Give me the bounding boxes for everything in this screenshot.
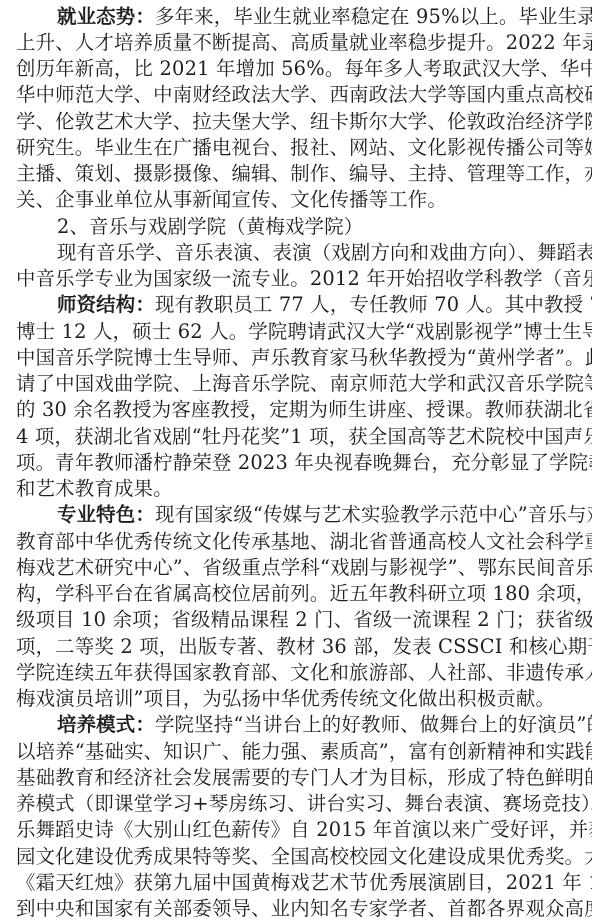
label-faculty: 师资结构： xyxy=(57,293,155,316)
paragraph-faculty-line-7: 项。青年教师潘柠静荣登 2023 年央视春晚舞台，充分彰显了学院教师专业实践能力 xyxy=(16,450,592,476)
section-heading-music-drama: 2、音乐与戏剧学院（黄梅戏学院） xyxy=(57,214,592,240)
paragraph-training-line-2: 以培养“基础实、知识广、能力强、素质高”，富有创新精神和实践能力，适应地方 xyxy=(16,739,592,765)
paragraph-features-line-8: 梅戏演员培训”项目，为弘扬中华优秀传统文化做出积极贡献。 xyxy=(16,686,592,712)
paragraph-faculty-line-5: 的 30 余名教授为客座教授，定期为师生讲座、授课。教师获湖北省音乐“金编钟奖” xyxy=(16,397,592,423)
paragraph-faculty-line-1: 师资结构：现有教职员工 77 人，专任教师 70 人。其中教授 7 人，副教授 … xyxy=(57,292,592,318)
paragraph-faculty-line-2: 博士 12 人，硕士 62 人。学院聘请武汉大学“戏剧影视学”博士生导师郑传寅教… xyxy=(16,319,592,345)
paragraph-employment-line-5: 学、伦敦艺术大学、拉夫堡大学、纽卡斯尔大学、伦敦政治经济学院等国外知名高校 xyxy=(16,109,592,135)
paragraph-features-line-5: 级项目 10 余项；省级精品课程 2 门、省级一流课程 2 门；获省级教学成果一… xyxy=(16,607,592,633)
paragraph-features-line-2: 教育部中华优秀传统文化传承基地、湖北省普通高校人文社会科学重点研究基地“黄 xyxy=(16,529,592,555)
label-features: 专业特色： xyxy=(57,503,155,526)
paragraph-faculty-line-6: 4 项，获湖北省戏剧“牡丹花奖”1 项，获全国高等艺术院校中国声乐总展演铜奖 2 xyxy=(16,424,592,450)
paragraph-features-line-6: 项，二等奖 2 项，出版专著、教材 36 部，发表 CSSCI 和核心期刊学术论… xyxy=(16,634,592,660)
paragraph-training-line-4: 养模式（即课堂学习+琴房练习、讲台实习、舞台表演、赛场竞技）。学院原创大型音 xyxy=(16,791,592,817)
paragraph-employment-line-4: 华中师范大学、中南财经政法大学、西南政法大学等国内重点高校研究生，诺丁汉大 xyxy=(16,82,592,108)
paragraph-training-line-7: 《霜天红烛》获第九届中国黄梅戏艺术节优秀展演剧目，2021 年 10 月进京展演… xyxy=(16,870,592,896)
paragraph-features-line-1: 专业特色：现有国家级“传媒与艺术实验教学示范中心”音乐与戏剧表演分中心、 xyxy=(57,502,592,528)
paragraph-training-line-3: 基础教育和经济社会发展需要的专门人才为目标，形成了特色鲜明的“1+4”人才培 xyxy=(16,765,592,791)
label-training: 培养模式： xyxy=(57,713,155,736)
paragraph-employment-line-3: 创历年新高，比 2021 年增加 56%。每年多人考取武汉大学、华中科技大学、吉… xyxy=(16,56,592,82)
paragraph-faculty-line-4: 请了中国戏曲学院、上海音乐学院、南京师范大学和武汉音乐学院等国内外知名大学 xyxy=(16,371,592,397)
paragraph-employment-line-1: 就业态势：多年来，毕业生就业率稳定在 95%以上。毕业生录取研究生比例逐年 xyxy=(57,4,592,30)
label-employment: 就业态势： xyxy=(57,5,155,28)
paragraph-employment-line-7: 主播、策划、摄影摄像、编辑、制作、编导、主持、管理等工作，亦能在各级党政机 xyxy=(16,161,592,187)
paragraph-training-line-8: 到中央和国家有关部委领导、业内知名专家学者、首都各界观众高度评价。2022 年 … xyxy=(16,896,592,921)
paragraph-training-line-1: 培养模式：学院坚持“当讲台上的好教师、做舞台上的好演员”的人才培养理念， xyxy=(57,712,592,738)
paragraph-features-line-4: 构，学科平台在省属高校位居前列。近五年教科研立项 180 余项，其中国家级、省部 xyxy=(16,581,592,607)
paragraph-faculty-line-8: 和艺术教育成果。 xyxy=(16,476,592,502)
paragraph-employment-line-8: 关、企事业单位从事新闻宣传、文化传播等工作。 xyxy=(16,187,592,213)
paragraph-features-line-3: 梅戏艺术研究中心”、省级重点学科“戏剧与影视学”、鄂东民间音乐研究所等科研机 xyxy=(16,555,592,581)
paragraph-employment-line-2: 上升、人才培养质量不断提高、高质量就业率稳步提升。2022 年录取国内研究生人数 xyxy=(16,30,592,56)
paragraph-training-line-6: 园文化建设优秀成果特等奖、全国高校校园文化建设成果优秀奖。大型黄梅戏音乐剧 xyxy=(16,844,592,870)
paragraph-features-line-7: 学院连续五年获得国家教育部、文化和旅游部、人社部、非遗传承人群研修研习“黄 xyxy=(16,660,592,686)
paragraph-intro-line-1: 现有音乐学、音乐表演、表演（戏剧方向和戏曲方向）、舞蹈表演 4 个本科专业，其 xyxy=(57,240,592,266)
paragraph-employment-line-6: 研究生。毕业生在广播电视台、报社、网站、文化影视传播公司等媒介机构从事记者、 xyxy=(16,135,592,161)
paragraph-intro-line-2: 中音乐学专业为国家级一流专业。2012 年开始招收学科教学（音乐）硕士研究生。 xyxy=(16,266,592,292)
paragraph-faculty-line-3: 中国音乐学院博士生导师、声乐教育家马秋华教授为“黄州学者”。此外，学院还聘 xyxy=(16,345,592,371)
paragraph-training-line-5: 乐舞蹈史诗《大别山红色薪传》自 2015 年首演以来广受好评，并获荣获全省高校校 xyxy=(16,817,592,843)
document-page: 就业态势：多年来，毕业生就业率稳定在 95%以上。毕业生录取研究生比例逐年 上升… xyxy=(0,0,606,921)
